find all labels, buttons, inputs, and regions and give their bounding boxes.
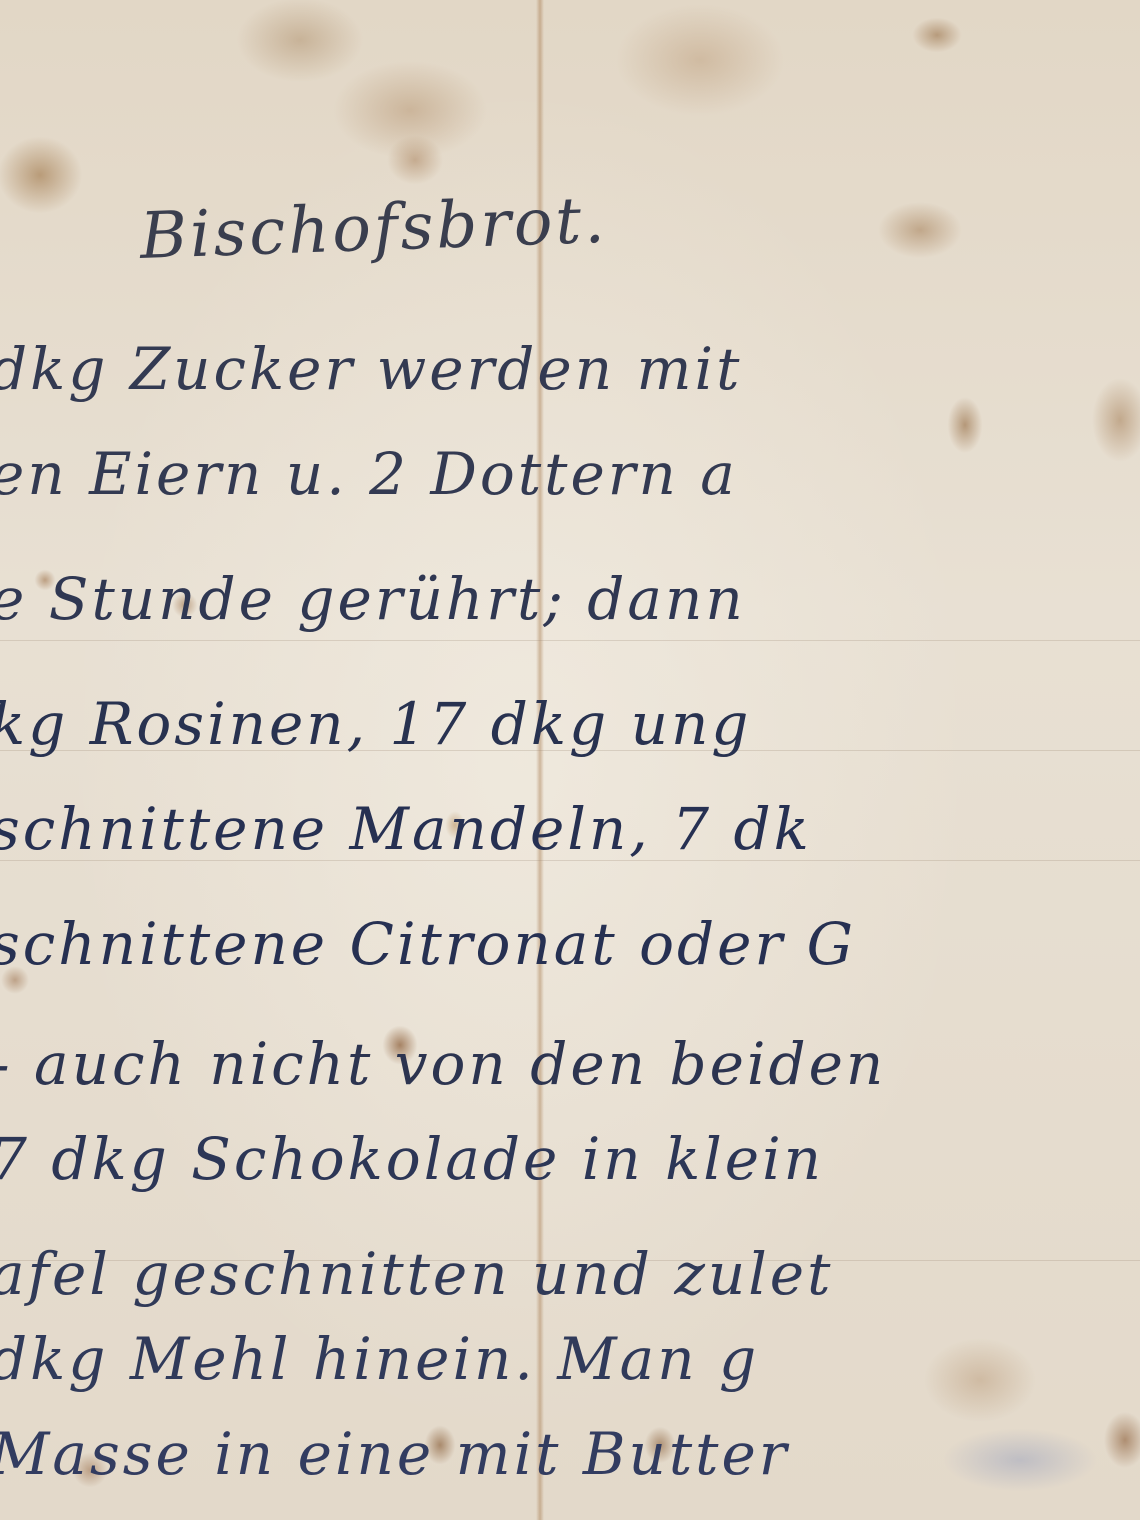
handwritten-line: en Eiern u. 2 Dottern a xyxy=(0,440,738,508)
handwritten-line: e Stunde gerührt; dann xyxy=(0,565,746,633)
handwritten-line: dkg Zucker werden mit xyxy=(0,335,742,403)
handwritten-line: - auch nicht von den beiden xyxy=(0,1030,886,1098)
handwritten-line: 7 dkg Schokolade in klein xyxy=(0,1125,824,1193)
handwritten-line: dkg Mehl hinein. Man g xyxy=(0,1325,759,1393)
ink-smudge xyxy=(900,1400,1140,1520)
ruled-line xyxy=(0,640,1140,641)
handwritten-recipe-page: Bischofsbrot. dkg Zucker werden mit en E… xyxy=(0,0,1140,1520)
handwritten-line: Masse in eine mit Butter xyxy=(0,1420,790,1488)
handwritten-line: schnittene Mandeln, 7 dk xyxy=(0,795,812,863)
handwritten-line: schnittene Citronat oder G xyxy=(0,910,856,978)
handwritten-line: afel geschnitten und zulet xyxy=(0,1240,833,1308)
handwritten-line: kg Rosinen, 17 dkg ung xyxy=(0,690,751,758)
